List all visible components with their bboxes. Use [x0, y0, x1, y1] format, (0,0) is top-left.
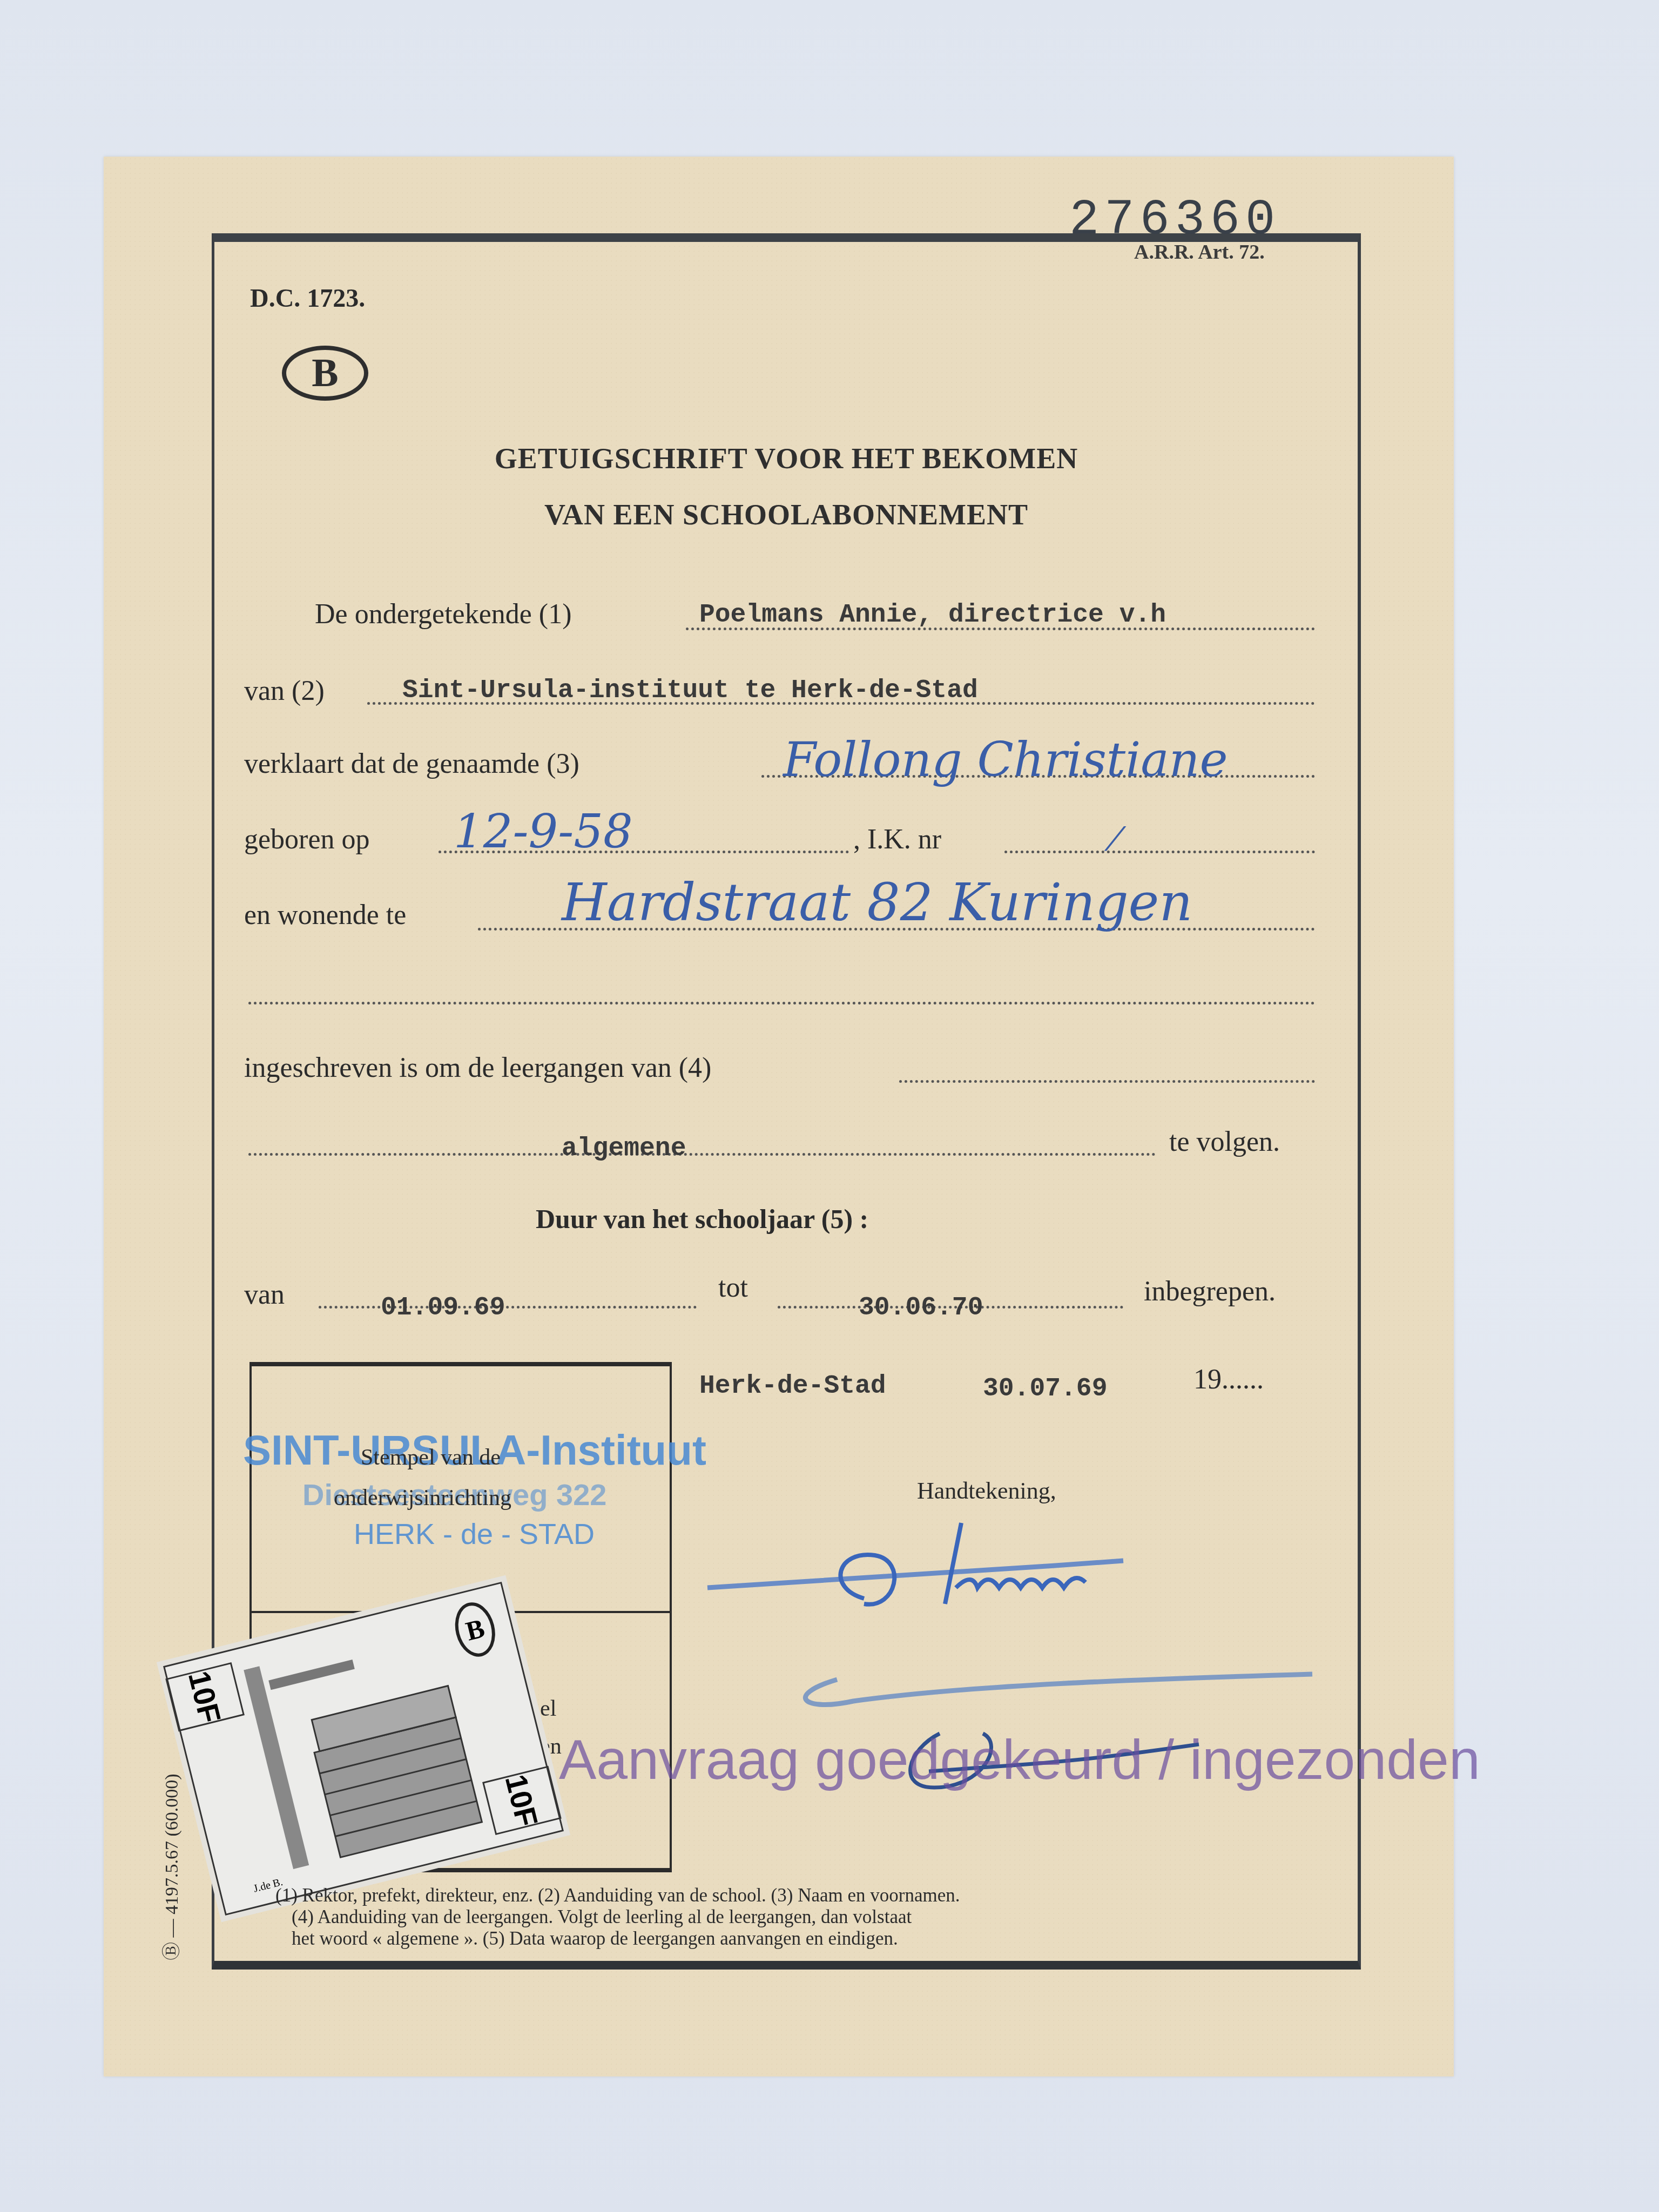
school-label: van (2)	[244, 675, 325, 707]
printer-mark: Ⓑ — 4197.5.67 (60.000)	[157, 1773, 183, 1960]
undersigned-value: Poelmans Annie, directrice v.h	[699, 601, 1166, 630]
courses-dotted-line	[899, 1080, 1315, 1083]
blank-dotted-line	[248, 1002, 1315, 1004]
document-title-line2: VAN EEN SCHOOLABONNEMENT	[212, 498, 1361, 531]
duration-heading: Duur van het schooljaar (5) :	[536, 1203, 868, 1235]
stamp-box-label-line1: Stempel van de	[361, 1445, 501, 1471]
residence-label: en wonende te	[244, 899, 406, 931]
student-name-handwritten: Follong Christiane	[783, 732, 1228, 787]
lower-box-partial-label1: el	[540, 1696, 556, 1722]
stamp-logo-icon: B	[450, 1598, 501, 1661]
school-stamp-ink-line3: HERK - de - STAD	[354, 1518, 595, 1551]
born-label: geboren op	[244, 824, 369, 855]
stamp-value-bottom: 10F	[482, 1766, 562, 1835]
school-value: Sint-Ursula-instituut te Herk-de-Stad	[402, 676, 978, 705]
stamp-box-label-line2: onderwijsinrichting	[334, 1485, 511, 1511]
approval-stamp: Aanvraag goedgekeurd / ingezonden	[559, 1728, 1480, 1792]
named-label: verklaart dat de genaamde (3)	[244, 748, 579, 780]
place-value: Herk-de-Stad	[699, 1372, 886, 1401]
period-suffix: inbegrepen.	[1144, 1276, 1276, 1307]
regulation-reference: A.R.R. Art. 72.	[1134, 240, 1265, 264]
signature-label: Handtekening,	[917, 1477, 1056, 1505]
factory-illustration-icon	[233, 1620, 495, 1882]
footnote-line1: (1) Rektor, prefekt, direkteur, enz. (2)…	[275, 1885, 960, 1906]
period-from-label: van	[244, 1279, 285, 1311]
period-to-value: 30.06.70	[859, 1293, 983, 1323]
ik-nr-label: , I.K. nr	[853, 824, 941, 855]
footnote-line3: het woord « algemene ». (5) Data waarop …	[292, 1928, 898, 1949]
courses-suffix: te volgen.	[1169, 1126, 1280, 1158]
undersigned-label: De ondergetekende (1)	[315, 598, 572, 630]
period-to-label: tot	[718, 1272, 748, 1304]
courses-label: ingeschreven is om de leergangen van (4)	[244, 1052, 711, 1084]
period-from-value: 01.09.69	[381, 1293, 505, 1323]
sncb-logo-icon: B	[282, 346, 368, 401]
ik-nr-dash-handwritten: ⁄	[1112, 821, 1118, 859]
birth-date-handwritten: 12-9-58	[454, 805, 633, 859]
residence-handwritten: Hardstraat 82 Kuringen	[562, 872, 1192, 933]
document-title-line1: GETUIGSCHRIFT VOOR HET BEKOMEN	[212, 442, 1361, 475]
ik-nr-dotted-line	[1004, 851, 1315, 853]
footnote-line2: (4) Aanduiding van de leergangen. Volgt …	[292, 1906, 912, 1927]
courses-value: algemene	[562, 1134, 686, 1163]
year-prefix: 19......	[1193, 1364, 1264, 1395]
form-code: D.C. 1723.	[250, 284, 365, 313]
period-from-dotted-line	[319, 1306, 697, 1309]
courses-dotted-line-2	[248, 1153, 1156, 1156]
date-value: 30.07.69	[983, 1374, 1107, 1404]
